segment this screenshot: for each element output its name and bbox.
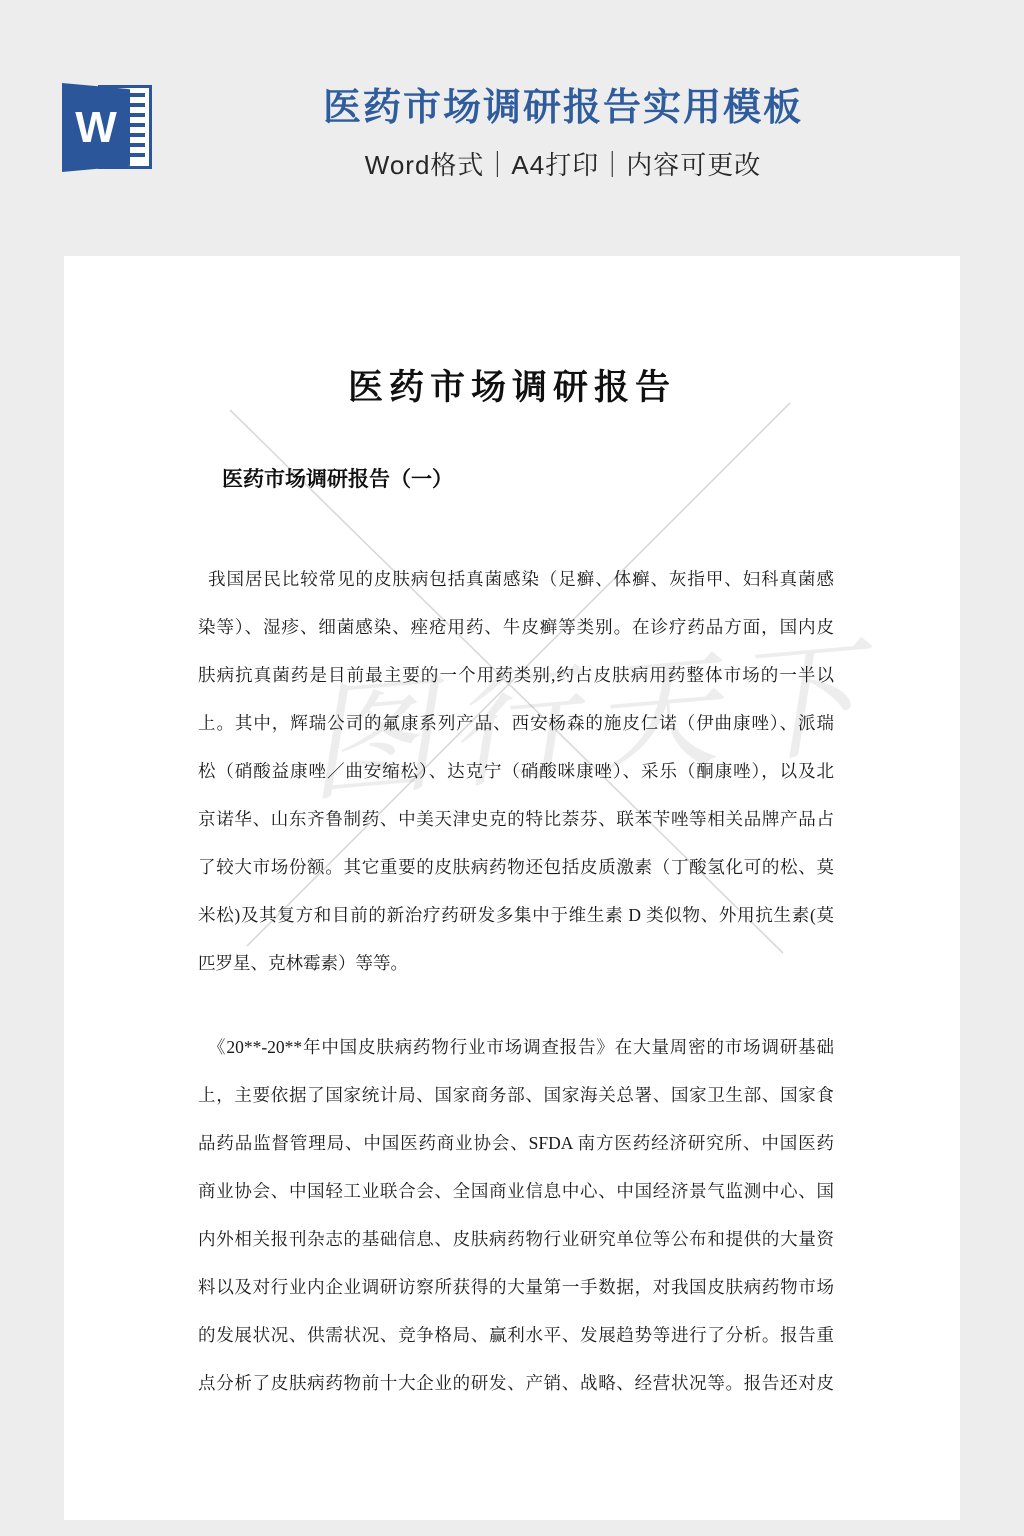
paragraph-line: 上，主要依据了国家统计局、国家商务部、国家海关总署、国家卫生部、国家食 <box>198 1071 834 1119</box>
paragraph-line: 上。其中，辉瑞公司的氟康系列产品、西安杨森的施皮仁诺（伊曲康唑）、派瑞 <box>198 699 834 747</box>
paragraph-line: 松（硝酸益康唑／曲安缩松）、达克宁（硝酸咪康唑）、采乐（酮康唑），以及北 <box>198 747 834 795</box>
paragraph-line: 匹罗星、克林霉素）等等。 <box>198 939 834 987</box>
document-page: 图行天下 医药市场调研报告 医药市场调研报告（一） 我国居民比较常见的皮肤病包括… <box>64 256 960 1520</box>
paragraph: 《20**-20**年中国皮肤病药物行业市场调查报告》在大量周密的市场调研基础上… <box>198 1023 834 1407</box>
paragraph-line: 我国居民比较常见的皮肤病包括真菌感染（足癣、体癣、灰指甲、妇科真菌感 <box>198 555 834 603</box>
template-title: 医药市场调研报告实用模板 <box>163 86 963 132</box>
paragraph-line: 的发展状况、供需状况、竞争格局、赢利水平、发展趋势等进行了分析。报告重 <box>198 1311 834 1359</box>
word-icon-letter: W <box>62 83 130 172</box>
paragraphs: 我国居民比较常见的皮肤病包括真菌感染（足癣、体癣、灰指甲、妇科真菌感染等）、湿疹… <box>198 555 834 1407</box>
paragraph-line: 染等）、湿疹、细菌感染、痤疮用药、牛皮癣等类别。在诊疗药品方面，国内皮 <box>198 603 834 651</box>
section-heading: 医药市场调研报告（一） <box>222 463 453 493</box>
page-root: { "header": { "brand_title": "医药市场调研报告实用… <box>0 0 1024 1536</box>
paragraph-line: 《20**-20**年中国皮肤病药物行业市场调查报告》在大量周密的市场调研基础 <box>198 1023 834 1071</box>
paragraph-line: 品药品监督管理局、中国医药商业协会、SFDA 南方医药经济研究所、中国医药 <box>198 1119 834 1167</box>
paragraph-line: 点分析了皮肤病药物前十大企业的研发、产销、战略、经营状况等。报告还对皮 <box>198 1359 834 1407</box>
paragraph-line: 米松)及其复方和目前的新治疗药研发多集中于维生素 D 类似物、外用抗生素(莫 <box>198 891 834 939</box>
paragraph-line: 了较大市场份额。其它重要的皮肤病药物还包括皮质激素（丁酸氢化可的松、莫 <box>198 843 834 891</box>
paragraph-line: 料以及对行业内企业调研访察所获得的大量第一手数据，对我国皮肤病药物市场 <box>198 1263 834 1311</box>
header-text: 医药市场调研报告实用模板 Word格式｜A4打印｜内容可更改 <box>163 86 963 182</box>
template-subtitle: Word格式｜A4打印｜内容可更改 <box>163 145 963 182</box>
paragraph-line: 肤病抗真菌药是目前最主要的一个用药类别,约占皮肤病用药整体市场的一半以 <box>198 651 834 699</box>
header: W 医药市场调研报告实用模板 Word格式｜A4打印｜内容可更改 <box>0 0 1024 256</box>
word-logo-icon: W <box>62 80 152 175</box>
paragraph-line: 商业协会、中国轻工业联合会、全国商业信息中心、中国经济景气监测中心、国 <box>198 1167 834 1215</box>
paragraph-line: 京诺华、山东齐鲁制药、中美天津史克的特比萘芬、联苯苄唑等相关品牌产品占 <box>198 795 834 843</box>
paragraph: 我国居民比较常见的皮肤病包括真菌感染（足癣、体癣、灰指甲、妇科真菌感染等）、湿疹… <box>198 555 834 987</box>
paragraph-line: 内外相关报刊杂志的基础信息、皮肤病药物行业研究单位等公布和提供的大量资 <box>198 1215 834 1263</box>
document-title: 医药市场调研报告 <box>64 360 960 410</box>
